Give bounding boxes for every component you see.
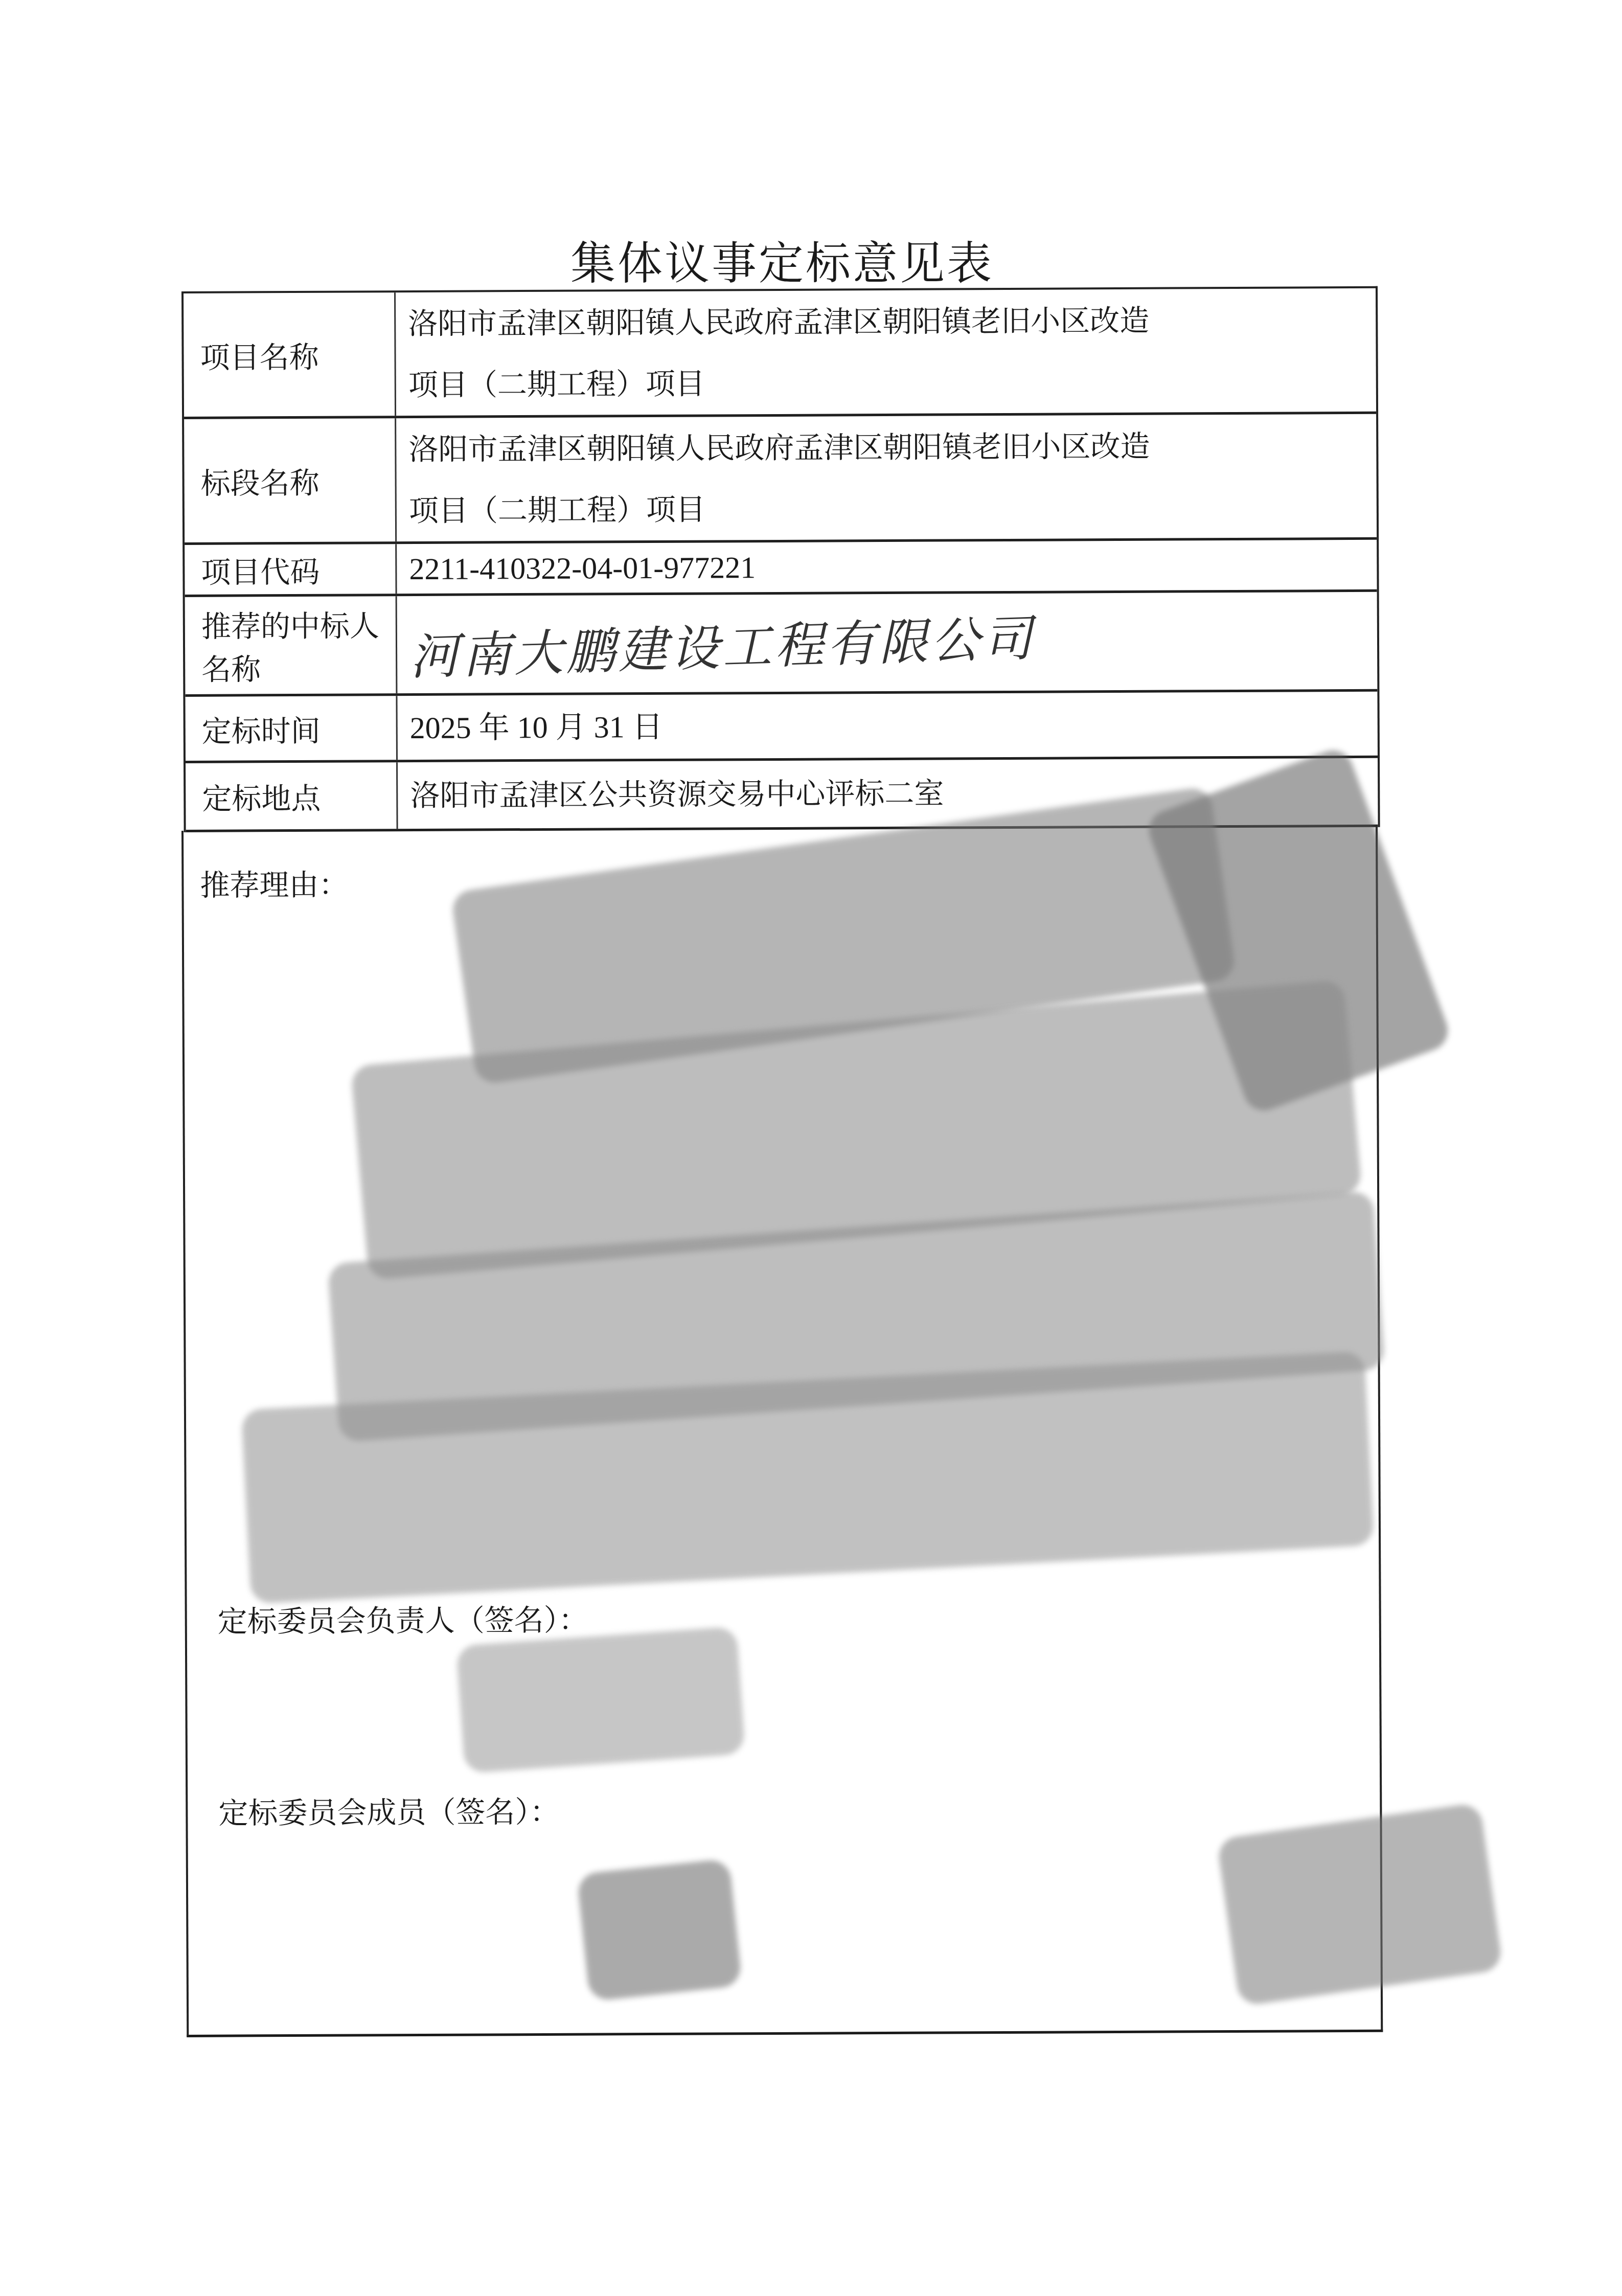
value-line: 项目（二期工程）项目: [409, 475, 1377, 541]
row-decision-date: 定标时间 2025 年 10 月 31 日: [185, 692, 1378, 763]
redaction-mark: [1217, 1802, 1503, 2006]
value-decision-date: 2025 年 10 月 31 日: [397, 692, 1378, 760]
handwritten-winner-name: 河南大鹏建设工程有限公司: [409, 597, 1378, 688]
label-decision-date: 定标时间: [185, 696, 398, 761]
label-committee-members-signature: 定标委员会成员（签名）：: [218, 1788, 559, 1832]
label-project-name: 项目名称: [184, 292, 396, 417]
value-project-name: 洛阳市孟津区朝阳镇人民政府孟津区朝阳镇老旧小区改造 项目（二期工程）项目: [396, 288, 1376, 416]
value-recommended-winner: 河南大鹏建设工程有限公司: [397, 592, 1378, 693]
label-recommended-winner: 推荐的中标人名称: [185, 596, 398, 694]
bid-decision-table: 项目名称 洛阳市孟津区朝阳镇人民政府孟津区朝阳镇老旧小区改造 项目（二期工程）项…: [181, 286, 1380, 832]
value-section-name: 洛阳市孟津区朝阳镇人民政府孟津区朝阳镇老旧小区改造 项目（二期工程）项目: [396, 414, 1377, 541]
value-line: 项目（二期工程）项目: [408, 350, 1377, 415]
value-project-code: 2211-410322-04-01-977221: [397, 540, 1377, 594]
label-decision-location: 定标地点: [186, 762, 398, 830]
row-section-name: 标段名称 洛阳市孟津区朝阳镇人民政府孟津区朝阳镇老旧小区改造 项目（二期工程）项…: [184, 414, 1377, 545]
redaction-mark: [456, 1626, 745, 1774]
document-title: 集体议事定标意见表: [0, 228, 1564, 292]
redaction-mark: [577, 1858, 742, 2002]
label-recommendation-reasons: 推荐理由：: [200, 861, 348, 904]
value-line: 洛阳市孟津区朝阳镇人民政府孟津区朝阳镇老旧小区改造: [408, 414, 1377, 480]
row-project-name: 项目名称 洛阳市孟津区朝阳镇人民政府孟津区朝阳镇老旧小区改造 项目（二期工程）项…: [184, 288, 1376, 419]
label-project-code: 项目代码: [185, 544, 397, 595]
row-recommended-winner: 推荐的中标人名称 河南大鹏建设工程有限公司: [185, 592, 1378, 697]
label-section-name: 标段名称: [184, 418, 397, 542]
value-line: 洛阳市孟津区朝阳镇人民政府孟津区朝阳镇老旧小区改造: [408, 288, 1376, 354]
row-project-code: 项目代码 2211-410322-04-01-977221: [185, 540, 1377, 597]
